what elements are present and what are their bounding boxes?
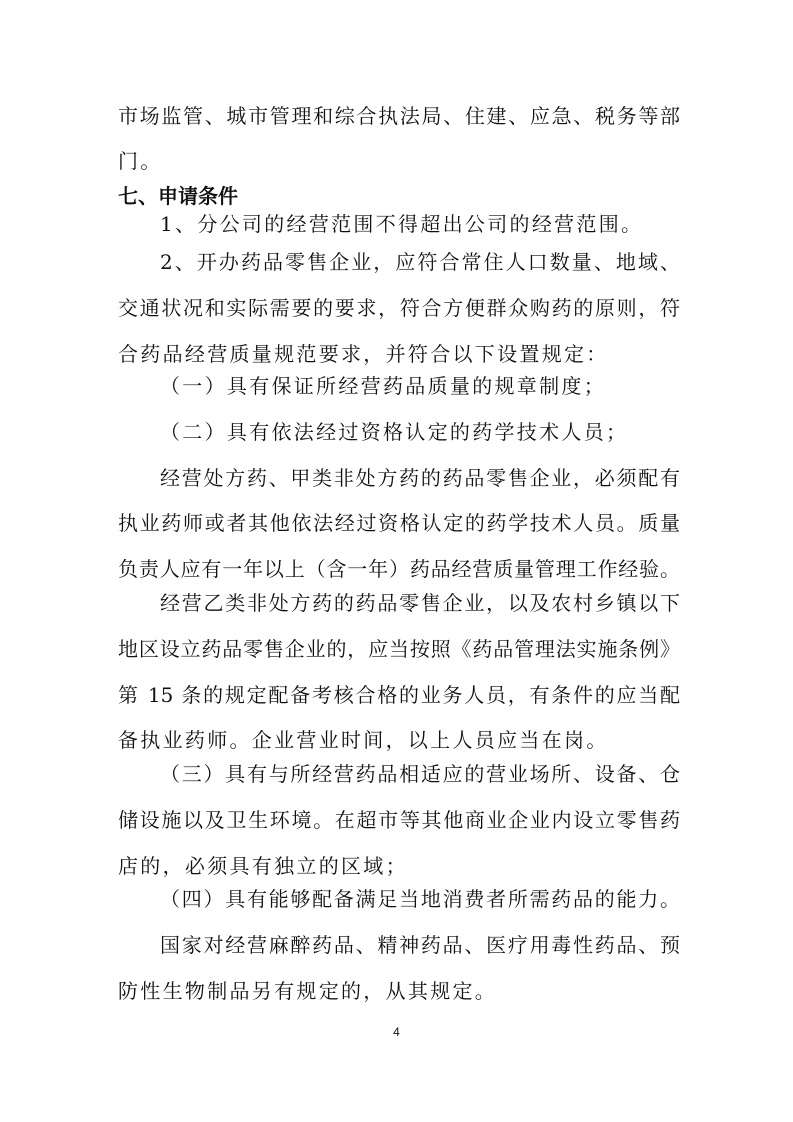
paragraph-line: 市场监管、城市管理和综合执法局、住建、应急、税务等部	[118, 103, 680, 129]
paragraph-line: 店的，必须具有独立的区域；	[118, 853, 680, 879]
section-heading: 七、申请条件	[118, 183, 680, 209]
paragraph-line: （一）具有保证所经营药品质量的规章制度；	[160, 373, 722, 399]
paragraph-line: 地区设立药品零售企业的，应当按照《药品管理法实施条例》	[118, 636, 680, 662]
paragraph-line: 2、开办药品零售企业，应符合常住人口数量、地域、	[160, 249, 680, 275]
paragraph-line: 负责人应有一年以上（含一年）药品经营质量管理工作经验。	[118, 556, 680, 582]
paragraph-line: 备执业药师。企业营业时间，以上人员应当在岗。	[118, 727, 680, 753]
paragraph-line: 合药品经营质量规范要求，并符合以下设置规定：	[118, 341, 680, 367]
paragraph-line: （四）具有能够配备满足当地消费者所需药品的能力。	[160, 886, 680, 912]
paragraph-line: 防性生物制品另有规定的，从其规定。	[118, 978, 680, 1004]
paragraph-line: 经营乙类非处方药的药品零售企业，以及农村乡镇以下	[160, 590, 680, 616]
paragraph-line: （三）具有与所经营药品相适应的营业场所、设备、仓	[160, 761, 680, 787]
paragraph-line: 门。	[118, 148, 680, 174]
page-number: 4	[0, 1025, 793, 1039]
paragraph-line: 执业药师或者其他依法经过资格认定的药学技术人员。质量	[118, 510, 680, 536]
paragraph-line: 储设施以及卫生环境。在超市等其他商业企业内设立零售药	[118, 807, 680, 833]
paragraph-line: 1、分公司的经营范围不得超出公司的经营范围。	[160, 211, 722, 237]
paragraph-line: 第 15 条的规定配备考核合格的业务人员，有条件的应当配	[118, 682, 680, 708]
paragraph-line: （二）具有依法经过资格认定的药学技术人员；	[160, 419, 722, 445]
paragraph-line: 交通状况和实际需要的要求，符合方便群众购药的原则，符	[118, 295, 680, 321]
paragraph-line: 国家对经营麻醉药品、精神药品、医疗用毒性药品、预	[160, 932, 680, 958]
paragraph-line: 经营处方药、甲类非处方药的药品零售企业，必须配有	[160, 465, 680, 491]
